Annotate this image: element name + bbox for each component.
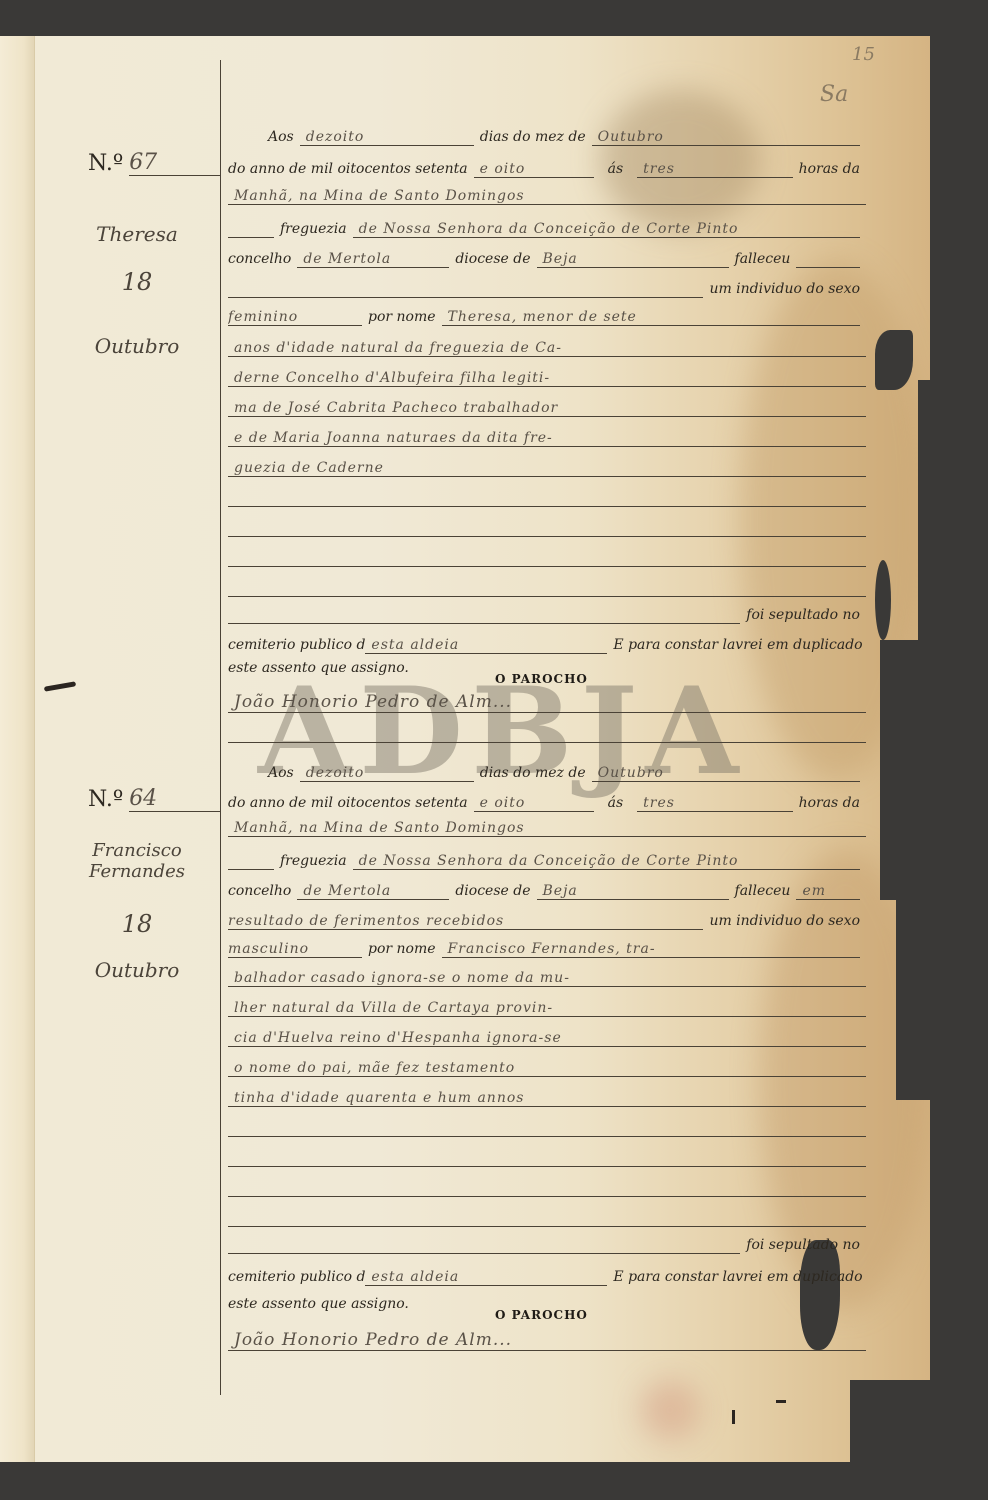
torn-edge <box>896 900 930 1100</box>
cemetery-line: cemiterio publico d esta aldeia E para c… <box>228 1262 860 1286</box>
margin-rule <box>220 60 221 1395</box>
sex-line: um individuo do sexo <box>228 274 860 298</box>
blank-line <box>228 720 866 743</box>
concelho-line: concelho de Mertola diocese de Beja fall… <box>228 876 860 900</box>
parish-line: freguezia de Nossa Senhora da Conceição … <box>228 846 860 870</box>
body-line: o nome do pai, mãe fez testamento <box>228 1054 866 1077</box>
record-number-value: 67 <box>129 150 221 176</box>
bottom-background <box>0 1462 988 1500</box>
closing-text: este assento que assigno. <box>228 1288 409 1312</box>
cause-field: resultado de ferimentos recebidos <box>228 907 703 930</box>
day-field: dezoito <box>300 759 474 782</box>
ink-mark <box>776 1400 786 1403</box>
torn-edge <box>850 1380 930 1462</box>
year-field: e oito <box>474 155 594 178</box>
diocese-field: Beja <box>537 245 729 268</box>
margin-day: 18 <box>62 268 212 296</box>
margin-day: 18 <box>62 910 212 938</box>
name-line: feminino por nome Theresa, menor de sete <box>228 302 860 326</box>
body-line <box>228 514 866 537</box>
parish-line: freguezia de Nossa Senhora da Conceição … <box>228 214 860 238</box>
body-line: balhador casado ignora-se o nome da mu- <box>228 964 866 987</box>
body-line: derne Concelho d'Albufeira filha legiti- <box>228 364 866 387</box>
signature: João Honorio Pedro de Alm... <box>228 1328 866 1351</box>
torn-edge <box>875 560 891 640</box>
month-field: Outubro <box>592 123 860 146</box>
burial-line: foi sepultado no <box>228 1230 860 1254</box>
record-number: N.º 64 <box>88 786 221 812</box>
closing-text: este assento que assigno. <box>228 652 409 676</box>
place-field: Manhã, na Mina de Santo Domingos <box>228 814 866 837</box>
body-line <box>228 1114 866 1137</box>
page-number-corner: 15 <box>852 44 875 65</box>
sex-line: resultado de ferimentos recebidos um ind… <box>228 906 860 930</box>
sex-field: feminino <box>228 303 362 326</box>
date-line: Aos dezoito dias do mez de Outubro <box>262 122 860 146</box>
torn-edge <box>875 330 913 390</box>
stain <box>640 1380 700 1440</box>
torn-edge <box>930 36 988 1500</box>
body-line <box>228 484 866 507</box>
body-line: ma de José Cabrita Pacheco trabalhador <box>228 394 866 417</box>
record-number: N.º 67 <box>88 150 221 176</box>
burial-line: foi sepultado no <box>228 600 860 624</box>
place-field: Manhã, na Mina de Santo Domingos <box>228 182 866 205</box>
torn-edge <box>880 640 930 900</box>
body-line <box>228 1204 866 1227</box>
margin-month: Outubro <box>62 958 212 982</box>
body-line: cia d'Huelva reino d'Hespanha ignora-se <box>228 1024 866 1047</box>
cemetery-field: esta aldeia <box>365 1263 607 1286</box>
hour-field: tres <box>637 789 792 812</box>
sex-field: masculino <box>228 935 362 958</box>
body-line <box>228 1174 866 1197</box>
day-field: dezoito <box>300 123 474 146</box>
ink-mark <box>732 1410 735 1424</box>
parish-field: de Nossa Senhora da Conceição de Corte P… <box>353 215 860 238</box>
body-line: guezia de Caderne <box>228 454 866 477</box>
body-line <box>228 1144 866 1167</box>
concelho-line: concelho de Mertola diocese de Beja fall… <box>228 244 860 268</box>
signature-title: O PAROCHO <box>495 1308 588 1322</box>
hour-field: tres <box>637 155 792 178</box>
date-line: Aos dezoito dias do mez de Outubro <box>262 758 860 782</box>
body-line: tinha d'idade quarenta e hum annos <box>228 1084 866 1107</box>
book-spine <box>0 36 35 1462</box>
record-number-value: 64 <box>129 786 221 812</box>
body-line <box>228 544 866 567</box>
concelho-field: de Mertola <box>297 245 449 268</box>
cemetery-field: esta aldeia <box>365 631 607 654</box>
name-field: Francisco Fernandes, tra- <box>442 935 860 958</box>
cemetery-line: cemiterio publico d esta aldeia E para c… <box>228 630 860 654</box>
parish-field: de Nossa Senhora da Conceição de Corte P… <box>353 847 860 870</box>
concelho-field: de Mertola <box>297 877 449 900</box>
name-line: masculino por nome Francisco Fernandes, … <box>228 934 860 958</box>
corner-mark: Sa <box>820 82 848 107</box>
torn-edge <box>918 380 930 640</box>
margin-month: Outubro <box>62 334 212 358</box>
signature: João Honorio Pedro de Alm... <box>228 690 866 713</box>
diocese-field: Beja <box>537 877 729 900</box>
year-line: do anno de mil oitocentos setenta e oito… <box>228 788 860 812</box>
year-field: e oito <box>474 789 594 812</box>
body-line: lher natural da Villa de Cartaya provin- <box>228 994 866 1017</box>
margin-name: Francisco Fernandes <box>62 840 212 882</box>
signature-title: O PAROCHO <box>495 672 588 686</box>
margin-name: Theresa <box>62 222 212 246</box>
body-line: anos d'idade natural da freguezia de Ca- <box>228 334 866 357</box>
body-line <box>228 574 866 597</box>
body-line: e de Maria Joanna naturaes da dita fre- <box>228 424 866 447</box>
year-line: do anno de mil oitocentos setenta e oito… <box>228 154 860 178</box>
name-field: Theresa, menor de sete <box>442 303 860 326</box>
month-field: Outubro <box>592 759 860 782</box>
